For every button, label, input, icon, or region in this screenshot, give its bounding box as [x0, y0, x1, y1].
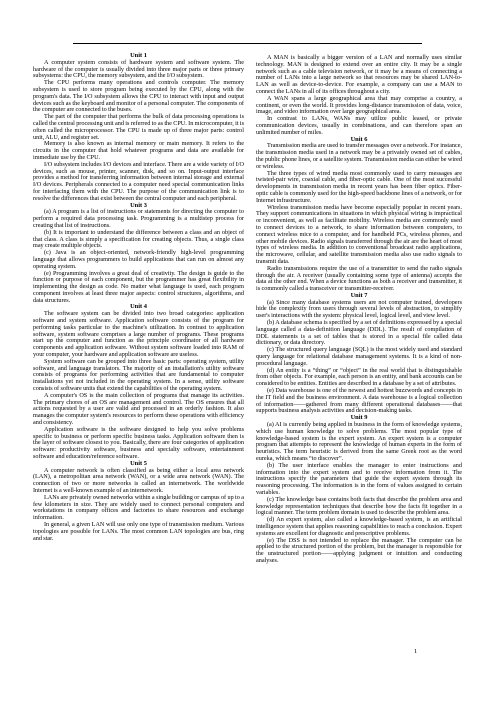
header-rule [73, 43, 422, 44]
paragraph: Transmission media are used to transfer … [256, 143, 462, 170]
paragraph: (c) Java is an object-oriented, network-… [33, 250, 244, 270]
paragraph: A computer network is often classified a… [33, 468, 244, 495]
paragraph: (e) Data warehouse is one of the newest … [256, 388, 462, 415]
paragraph: (a) A program is a list of instructions … [33, 209, 244, 229]
paragraph: A computer's OS is the main collection o… [33, 393, 244, 427]
paragraph: The three types of wired media most comm… [256, 171, 462, 205]
paragraph: A WAN spans a large geographical area th… [256, 96, 462, 116]
paragraph: I/O subsystem includes I/O devices and i… [33, 162, 244, 203]
paragraph: (e) Programming involves a great deal of… [33, 271, 244, 305]
paragraph: (b) A database schema is specified by a … [256, 320, 462, 347]
paragraph: Radio transmissions require the use of a… [256, 266, 462, 293]
paragraph: (b) It is important to understand the di… [33, 230, 244, 250]
paragraph: Wireless transmission media have become … [256, 205, 462, 266]
paragraph: (d) An expert system, also called a know… [256, 517, 462, 537]
paragraph: (a) Since many database systems users ar… [256, 300, 462, 320]
paragraph: (b) The user interface enables the manag… [256, 463, 462, 497]
paragraph: A computer system consists of hardware s… [33, 60, 244, 80]
paragraph: In contrast to LANs, WANs may utilize pu… [256, 116, 462, 136]
paragraph: (d) An entity is a “thing” or “object” i… [256, 368, 462, 388]
right-column: A MAN is basically a bigger version of a… [256, 55, 462, 565]
paragraph: Application software is the software des… [33, 427, 244, 461]
document-page: Unit 1 A computer system consists of har… [0, 0, 496, 702]
paragraph: (a) AI is currently being applied in bus… [256, 422, 462, 463]
paragraph: LANs are privately owned networks within… [33, 495, 244, 522]
paragraph: The software system can be divided into … [33, 311, 244, 359]
paragraph: (c) The structured query language (SQL) … [256, 347, 462, 367]
left-column: Unit 1 A computer system consists of har… [33, 53, 244, 542]
paragraph: The CPU performs many operations and con… [33, 80, 244, 114]
paragraph: System software can be grouped into thre… [33, 359, 244, 393]
paragraph: (c) The knowledge base contains both fac… [256, 497, 462, 517]
paragraph: (e) The DSS is not intended to replace t… [256, 538, 462, 565]
paragraph: The part of the computer that performs t… [33, 114, 244, 141]
page-number: 1 [414, 648, 417, 655]
paragraph: Memory is also known as internal memory … [33, 141, 244, 161]
paragraph: A MAN is basically a bigger version of a… [256, 55, 462, 96]
paragraph: In general, a given LAN will use only on… [33, 522, 244, 542]
